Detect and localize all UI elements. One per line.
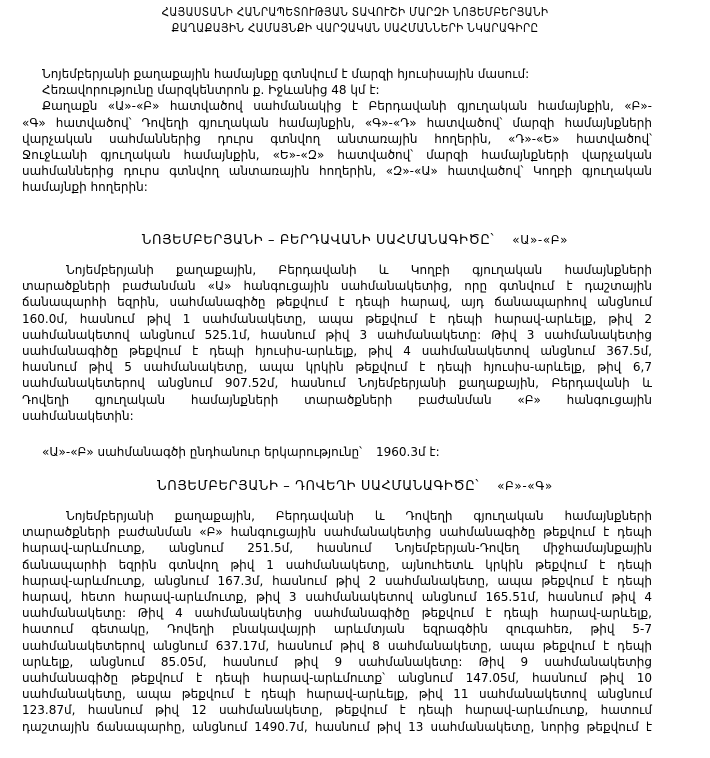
text-line: սահմանագիծը թեքվում է դեպի հարավ-արևմուտ…	[22, 670, 652, 686]
text-line: սահմաններից դուրս գտնվող անտառային հողեր…	[22, 163, 652, 179]
text-line: հարավ-արևմուտք, անցնում 251.5մ, հասնում …	[22, 540, 652, 556]
section-2-title: ՆՈՅԵՄԲԵՐՅԱՆԻ – ԴՈՎԵՂԻ ՍԱՀՄԱՆԱԳԻԾԸ՝«Բ»-«Գ…	[0, 478, 710, 495]
text-line: 123.87մ, հասնում թիվ 12 սահմանակետը, թեք…	[22, 702, 652, 718]
document-page: ՀԱՅԱՍՏԱՆԻ ՀԱՆՐԱՊԵՏՈՒԹՅԱՆ ՏԱՎՈՒՇԻ ՄԱՐԶԻ Ն…	[0, 0, 710, 758]
text-line: սահմանակետերով անցնում 907.52մ, հասնում …	[22, 375, 652, 391]
header-line-2: ՔԱՂԱՔԱՅԻՆ ՀԱՄԱՅՆՔԻ ՎԱՐՉԱԿԱՆ ՍԱՀՄԱՆՆԵՐԻ Ն…	[28, 20, 681, 36]
text-line: սահմանակետը: Թիվ 4 սահմանակետից սահմանագ…	[22, 605, 652, 621]
text-line: ճանապարհի եզրին գտնվող թիվ 1 սահմանակետը…	[22, 557, 652, 573]
text-line: դաշտային ճանապարհը, անցնում 1490.7մ, հաս…	[22, 719, 652, 735]
intro-paragraph: Նոյեմբերյանի քաղաքային համայնքը գտնվում …	[22, 66, 652, 196]
section-1-title-text: ՆՈՅԵՄԲԵՐՅԱՆԻ – ԲԵՐԴԱՎԱՆԻ ՍԱՀՄԱՆԱԳԻԾԸ՝	[142, 233, 494, 248]
text-line: Քաղաքն «Ա»-«Բ» հատվածով սահմանակից է Բեր…	[22, 98, 652, 114]
text-line: սահմանակետին:	[22, 408, 652, 424]
text-line: Նոյեմբերյանի քաղաքային, Բերդավանի և Դովե…	[22, 508, 652, 524]
text-line: «Գ» հատվածով՝ Դովեղի գյուղական համայնքին…	[22, 115, 652, 131]
section-1-title: ՆՈՅԵՄԲԵՐՅԱՆԻ – ԲԵՐԴԱՎԱՆԻ ՍԱՀՄԱՆԱԳԻԾԸ՝«Ա»…	[0, 232, 710, 249]
text-line: հասնում թիվ 5 սահմանակետը, ապա կրկին թեք…	[22, 359, 652, 375]
section-2-segment: «Բ»-«Գ»	[497, 479, 553, 493]
section-1-segment: «Ա»-«Բ»	[512, 233, 568, 247]
document-header: ՀԱՅԱՍՏԱՆԻ ՀԱՆՐԱՊԵՏՈՒԹՅԱՆ ՏԱՎՈՒՇԻ ՄԱՐԶԻ Ն…	[0, 4, 710, 36]
text-line: տարածքների բաժանման «Ա» հանգուցային սահմ…	[22, 278, 652, 294]
total-length-label: «Ա»-«Բ» սահմանագծի ընդհանուր երկարությու…	[42, 445, 362, 459]
text-line: 160.0մ, հասնում թիվ 1 սահմանակետը, ապա թ…	[22, 311, 652, 327]
header-line-1: ՀԱՅԱՍՏԱՆԻ ՀԱՆՐԱՊԵՏՈՒԹՅԱՆ ՏԱՎՈՒՇԻ ՄԱՐԶԻ Ն…	[28, 4, 681, 20]
text-line: սահմանագիծը թեքվում է դեպի հյուսիս-արևել…	[22, 343, 652, 359]
text-line: հարավ-արևմուտք, անցնում 167.3մ, հասնում …	[22, 573, 652, 589]
total-length-value: 1960.3մ է:	[376, 445, 440, 459]
text-line: սահմանակետը, ապա թեքվում է դեպի հարավ-ար…	[22, 686, 652, 702]
text-line: Նոյեմբերյանի քաղաքային, Բերդավանի և Կողբ…	[22, 262, 652, 278]
text-line: Նոյեմբերյանի քաղաքային համայնքը գտնվում …	[22, 66, 652, 82]
section-2-title-text: ՆՈՅԵՄԲԵՐՅԱՆԻ – ԴՈՎԵՂԻ ՍԱՀՄԱՆԱԳԻԾԸ՝	[157, 479, 479, 494]
section-1-total-length: «Ա»-«Բ» սահմանագծի ընդհանուր երկարությու…	[42, 444, 440, 460]
text-line: արևելք, անցնում 85.05մ, հասնում թիվ 9 սա…	[22, 654, 652, 670]
text-line: Հեռավորությունը մարզկենտրոն ք. Իջևանից 4…	[22, 82, 652, 98]
text-line: Դովեղի գյուղական համայնքների տարածքների …	[22, 392, 652, 408]
text-line: վարչական սահմաններից դուրս գտնվող անտառա…	[22, 131, 652, 147]
text-line: Ջուջևանի գյուղական համայնքին, «Ե»-«Զ» հա…	[22, 147, 652, 163]
text-line: հարավ, հետո հարավ-արևմուտք, թիվ 3 սահման…	[22, 589, 652, 605]
text-line: ճանապարհի եզրին, սահմանագիծը թեքվում է դ…	[22, 294, 652, 310]
section-2-paragraph: Նոյեմբերյանի քաղաքային, Բերդավանի և Դովե…	[22, 508, 652, 735]
section-1-paragraph: Նոյեմբերյանի քաղաքային, Բերդավանի և Կողբ…	[22, 262, 652, 424]
text-line: հատում գետակը, Դովեղի բնակավայրի արևմտյա…	[22, 621, 652, 637]
text-line: սահմանակետով անցնում 525.1մ, հասնում թիվ…	[22, 327, 652, 343]
text-line: տարածքների բաժանման «Բ» հանգուցային սահմ…	[22, 524, 652, 540]
text-line: սահմանակետերով անցնում 637.17մ, հասնում …	[22, 638, 652, 654]
text-line: համայնքի հողերին:	[22, 179, 652, 195]
